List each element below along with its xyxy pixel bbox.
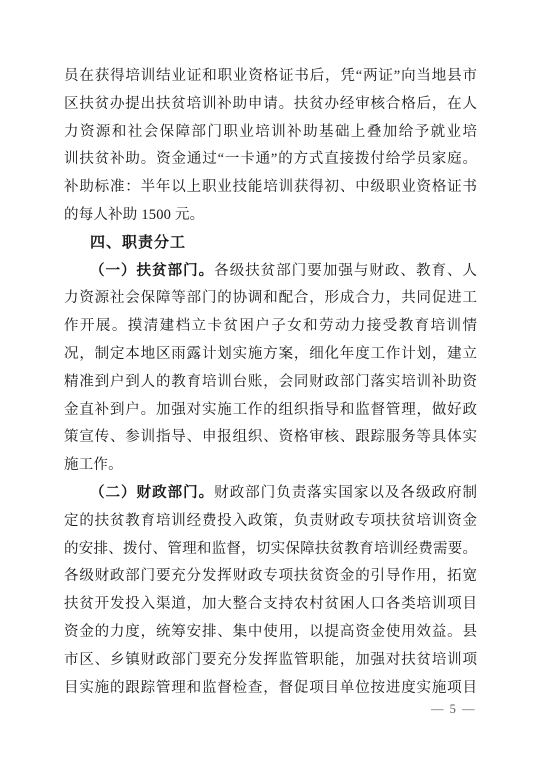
- paragraph-text: 财政部门负责落实国家以及各级政府制: [214, 485, 477, 501]
- text-line: 各级财政部门要充分发挥财政专项扶贫资金的引导作用，拓宽: [64, 563, 477, 591]
- text-line: 市区、乡镇财政部门要充分发挥监管职能，加强对扶贫培训项: [64, 647, 477, 675]
- text-line: 的每人补助 1500 元。: [64, 202, 477, 230]
- text-line: 力资源和社会保障部门职业培训补助基础上叠加给予就业培: [64, 119, 477, 147]
- text-line: （一）扶贫部门。各级扶贫部门要加强与财政、教育、人: [64, 258, 477, 286]
- text-line: 力资源社会保障等部门的协调和配合，形成合力，共同促进工: [64, 285, 477, 313]
- text-line: 金直补到户。加强对实施工作的组织指导和监督管理，做好政: [64, 397, 477, 425]
- text-line: 补助标准：半年以上职业技能培训获得初、中级职业资格证书: [64, 174, 477, 202]
- page-number: — 5 —: [431, 702, 476, 717]
- text-line: 目实施的跟踪管理和监督检查，督促项目单位按进度实施项目: [64, 675, 477, 703]
- text-line: 策宣传、参训指导、申报组织、资格审核、跟踪服务等具体实: [64, 424, 477, 452]
- text-line: （二）财政部门。财政部门负责落实国家以及各级政府制: [64, 480, 477, 508]
- text-line: 的安排、拨付、管理和监督，切实保障扶贫教育培训经费需要。: [64, 536, 477, 564]
- paragraph-text: 各级扶贫部门要加强与财政、教育、人: [214, 263, 477, 279]
- text-line: 施工作。: [64, 452, 477, 480]
- text-line: 况，制定本地区雨露计划实施方案，细化年度工作计划，建立: [64, 341, 477, 369]
- text-line: 定的扶贫教育培训经费投入政策，负责财政专项扶贫培训资金: [64, 508, 477, 536]
- document-body: 员在获得培训结业证和职业资格证书后，凭“两证”向当地县市 区扶贫办提出扶贫培训补…: [64, 63, 477, 702]
- text-line: 资金的力度，统筹安排、集中使用，以提高资金使用效益。县: [64, 619, 477, 647]
- text-line: 训扶贫补助。资金通过“一卡通”的方式直接拨付给学员家庭。: [64, 146, 477, 174]
- text-line: 扶贫开发投入渠道，加大整合支持农村贫困人口各类培训项目: [64, 591, 477, 619]
- text-line: 区扶贫办提出扶贫培训补助申请。扶贫办经审核合格后，在人: [64, 91, 477, 119]
- document-page: 员在获得培训结业证和职业资格证书后，凭“两证”向当地县市 区扶贫办提出扶贫培训补…: [0, 0, 547, 774]
- paragraph-lead: （一）扶贫部门。: [90, 263, 214, 279]
- text-line: 作开展。摸清建档立卡贫困户子女和劳动力接受教育培训情: [64, 313, 477, 341]
- paragraph-lead: （二）财政部门。: [90, 485, 214, 501]
- text-line: 精准到户到人的教育培训台账，会同财政部门落实培训补助资: [64, 369, 477, 397]
- section-heading: 四、职责分工: [64, 230, 477, 258]
- text-line: 员在获得培训结业证和职业资格证书后，凭“两证”向当地县市: [64, 63, 477, 91]
